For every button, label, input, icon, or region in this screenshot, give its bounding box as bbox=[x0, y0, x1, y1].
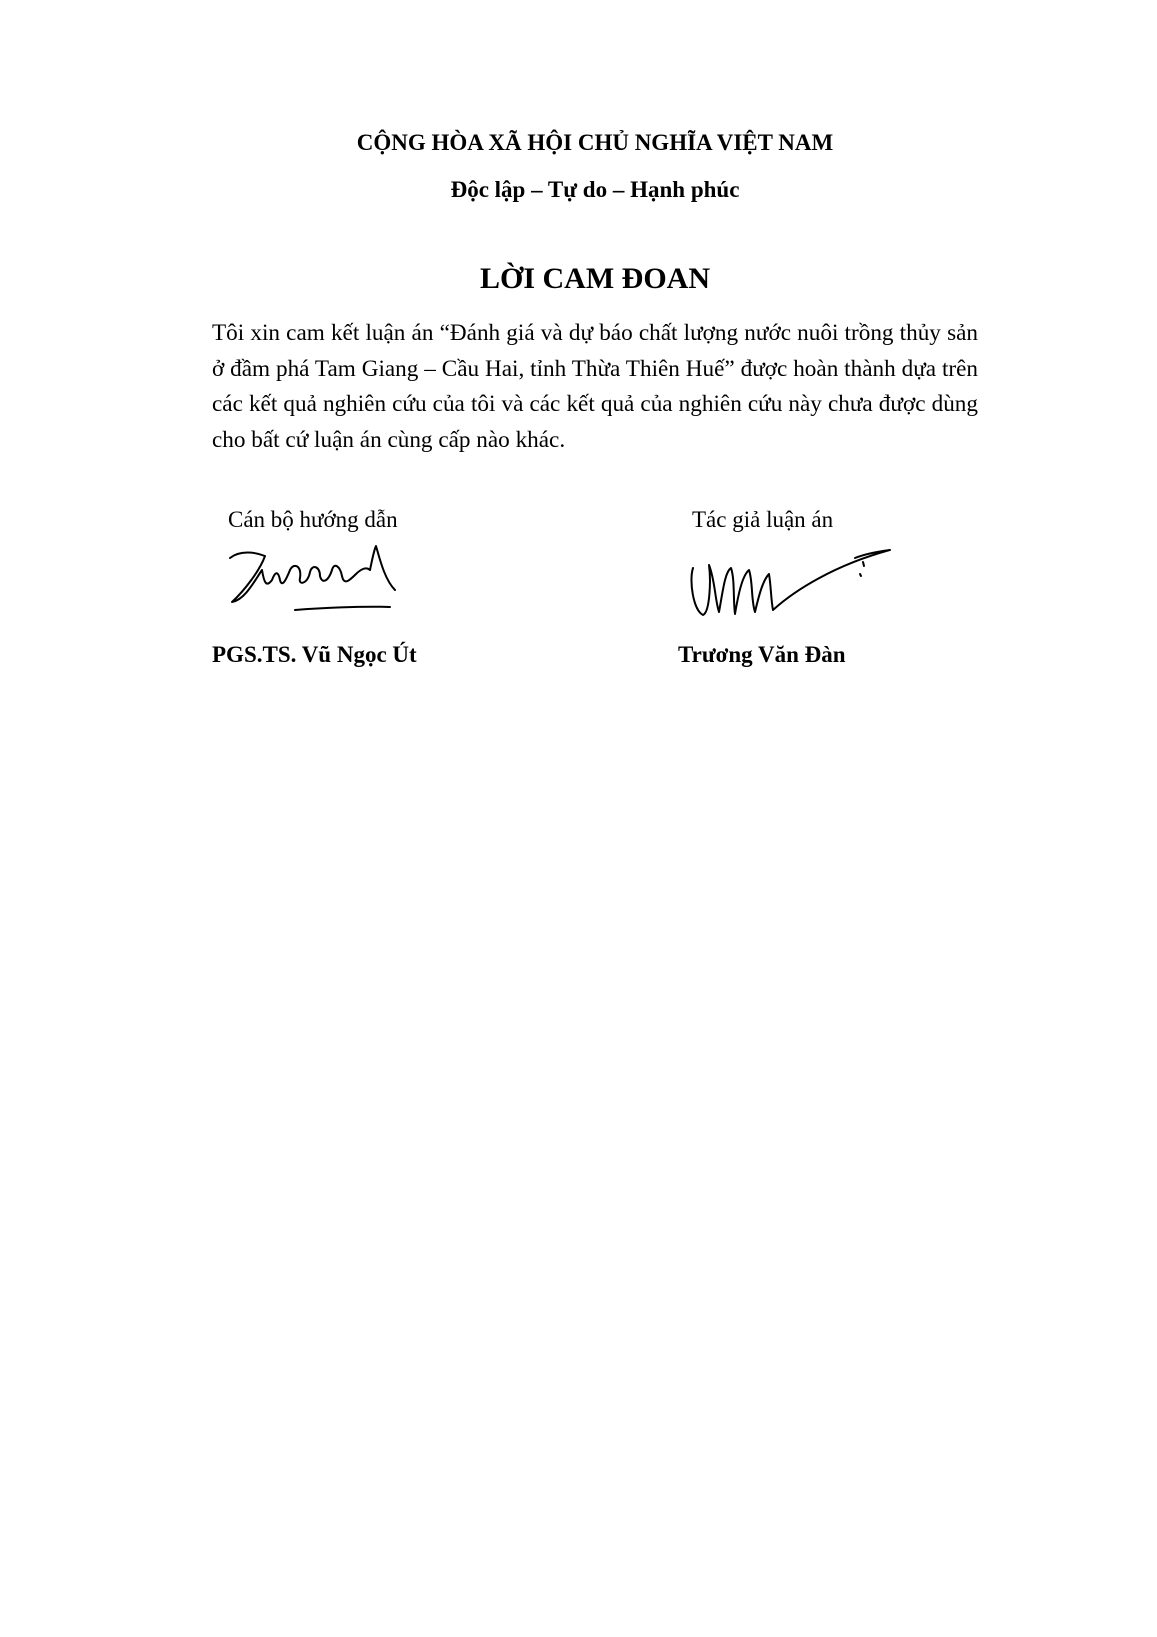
author-signature-icon bbox=[675, 540, 905, 620]
supervisor-signature-icon bbox=[220, 540, 420, 620]
page-title: LỜI CAM ĐOAN bbox=[0, 262, 1145, 296]
motto-heading: Độc lập – Tự do – Hạnh phúc bbox=[0, 177, 1145, 203]
author-role-label: Tác giả luận án bbox=[692, 507, 833, 533]
author-name: Trương Văn Đàn bbox=[678, 642, 846, 668]
nation-heading: CỘNG HÒA XÃ HỘI CHỦ NGHĨA VIỆT NAM bbox=[0, 130, 1145, 156]
supervisor-name: PGS.TS. Vũ Ngọc Út bbox=[212, 642, 417, 668]
supervisor-role-label: Cán bộ hướng dẫn bbox=[228, 507, 398, 533]
declaration-paragraph: Tôi xin cam kết luận án “Đánh giá và dự … bbox=[212, 316, 978, 458]
